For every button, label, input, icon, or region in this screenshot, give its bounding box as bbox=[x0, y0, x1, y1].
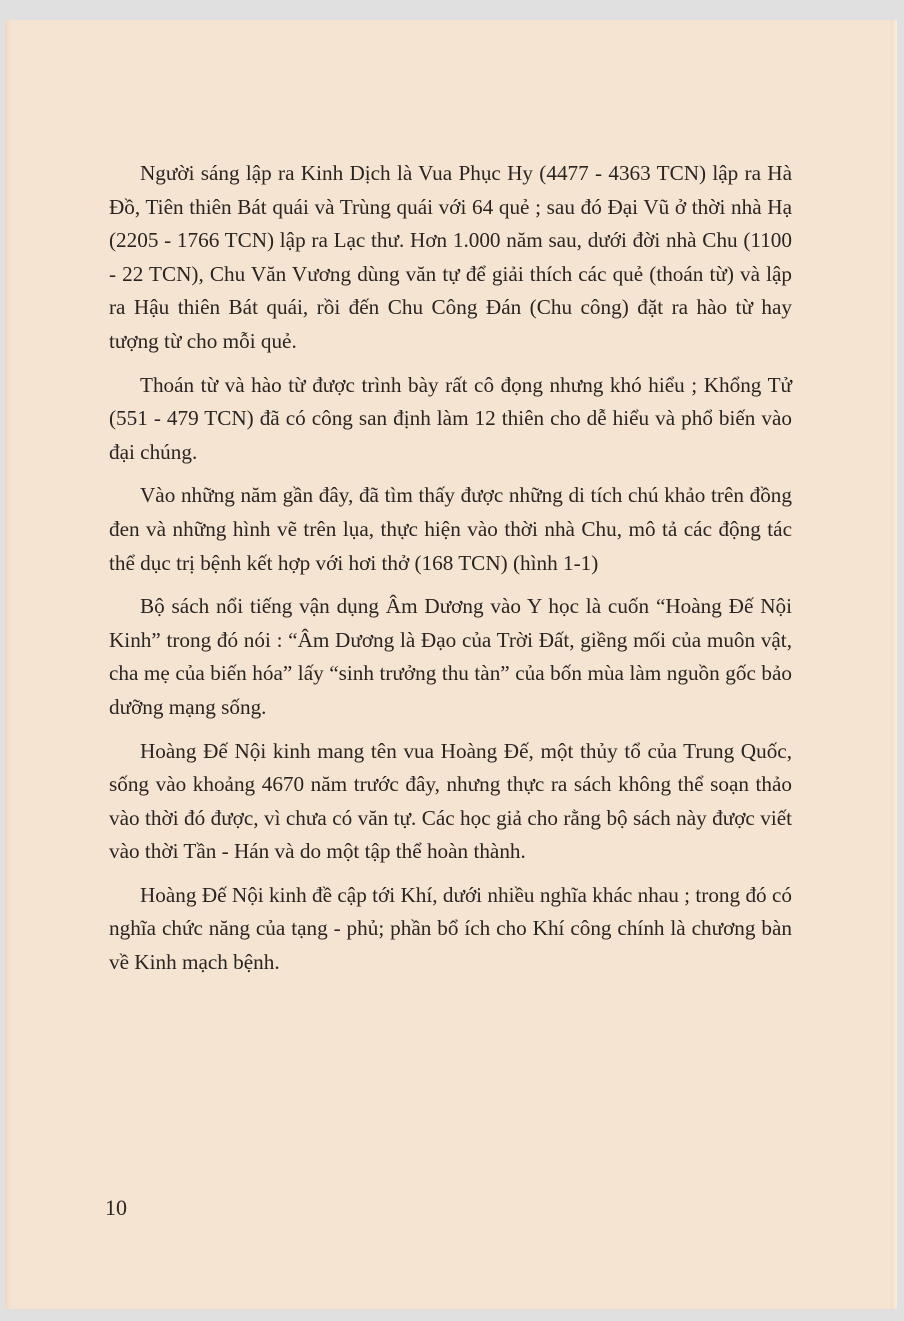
paragraph-hoang-de: Hoàng Đế Nội kinh mang tên vua Hoàng Đế,… bbox=[109, 735, 792, 869]
paragraph-kinh-dich-origin: Người sáng lập ra Kinh Dịch là Vua Phục … bbox=[109, 157, 792, 359]
body-text: Người sáng lập ra Kinh Dịch là Vua Phục … bbox=[109, 157, 792, 990]
paragraph-thoan-tu: Thoán từ và hào từ được trình bày rất cô… bbox=[109, 369, 792, 470]
book-page: Người sáng lập ra Kinh Dịch là Vua Phục … bbox=[5, 20, 897, 1309]
page-number: 10 bbox=[105, 1195, 127, 1221]
paragraph-recent-findings: Vào những năm gần đây, đã tìm thấy được … bbox=[109, 479, 792, 580]
paragraph-khi: Hoàng Đế Nội kinh đề cập tới Khí, dưới n… bbox=[109, 879, 792, 980]
paragraph-noi-kinh-am-duong: Bộ sách nổi tiếng vận dụng Âm Dương vào … bbox=[109, 590, 792, 724]
page-edge bbox=[891, 20, 897, 1309]
